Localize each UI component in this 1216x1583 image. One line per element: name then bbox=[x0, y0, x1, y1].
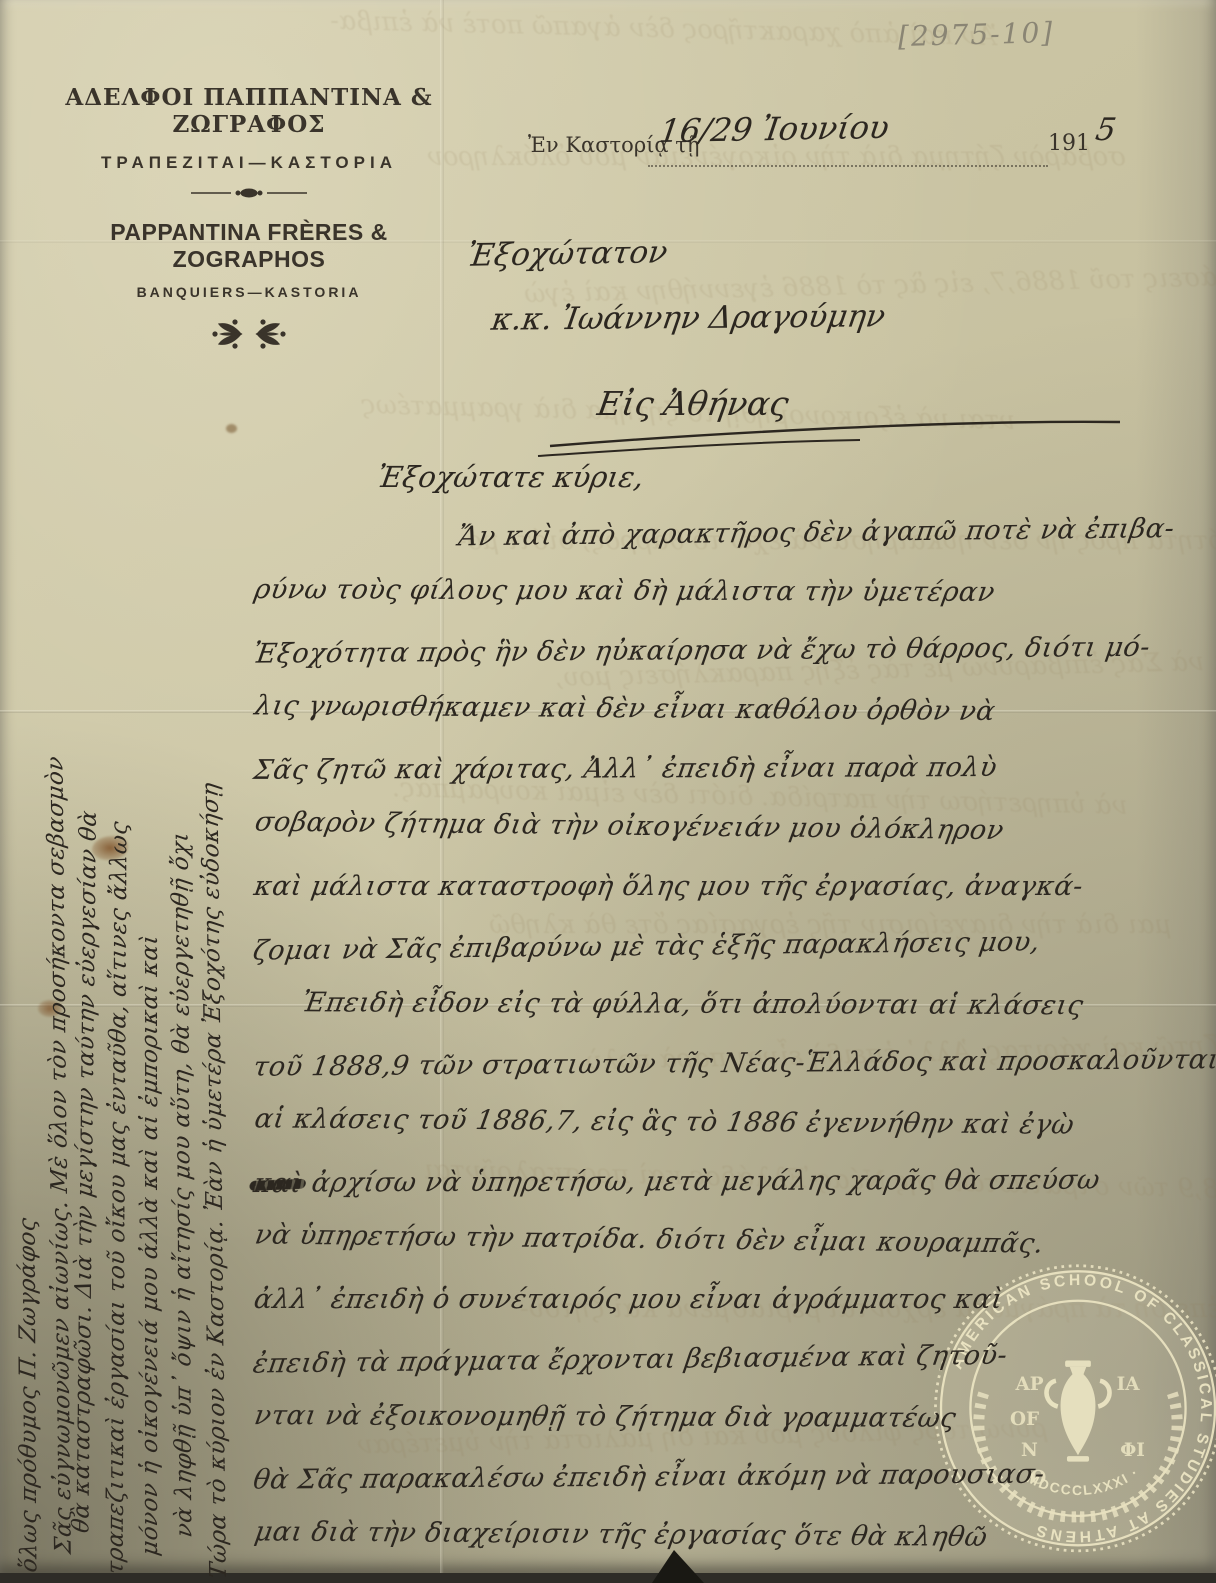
body-line: Ἐπειδὴ εἶδον εἰς τὰ φύλλα, ὅτι ἀπολύοντα… bbox=[295, 987, 1216, 1050]
letterhead-greek-subtitle: ΤΡΑΠΕΖΙΤΑΙ—ΚΑΣΤΟΡΙΑ bbox=[58, 153, 440, 173]
body-line: νται νὰ ἐξοικονομηθῇ τὸ ζήτημα διὰ γραμμ… bbox=[248, 1400, 1216, 1463]
letterhead-greek-name: ΑΔΕΛΦΟΙ ΠΑΠΠΑΝΤΙΝΑ & ΖΩΓΡΑΦΟΣ bbox=[58, 84, 440, 138]
ghost-line: Ἄν καὶ ἀπὸ χαρακτῆρος δὲν ἀγαπῶ ποτὲ νὰ … bbox=[330, 6, 997, 52]
marginalia: Τώρα τὸ κύριον ἐν Καστορίᾳ. Ἐὰν ἡ ὑμετέρ… bbox=[6, 266, 230, 1578]
body-line: λις γνωρισθήκαμεν καὶ δὲν εἶναι καθόλου … bbox=[248, 690, 1216, 756]
paper-tear-notch bbox=[652, 1550, 704, 1583]
underline-flourish bbox=[520, 398, 1140, 460]
salutation: Ἐξοχώτατε κύριε, bbox=[375, 460, 646, 494]
archive-number-pencil: [2975-10] bbox=[898, 16, 1055, 53]
body-lines: Ἄν καὶ ἀπὸ χαρακτῆρος δὲν ἀγαπῶ ποτὲ νὰ … bbox=[252, 517, 1212, 1579]
scanned-letter-page: Ἄν καὶ ἀπὸ χαρακτῆρος δὲν ἀγαπῶ ποτὲ νὰ … bbox=[0, 0, 1216, 1583]
body-line: θὰ Σᾶς παρακαλέσω ἐπειδὴ εἶναι ἀκόμη νὰ … bbox=[247, 1457, 1216, 1523]
body-line: Ἄν καὶ ἀπὸ χαρακτῆρος δὲν ἀγαπῶ ποτὲ νὰ … bbox=[452, 513, 1216, 581]
addressee-honorific: Ἐξοχώτατον bbox=[465, 234, 670, 273]
body-line: Ἐξοχότητα πρὸς ἣν δὲν ηὐκαίρησα νὰ ἔχω τ… bbox=[247, 631, 1216, 697]
body-line: Σᾶς ζητῶ καὶ χάριτας, Ἀλλ᾽ ἐπειδὴ εἶναι … bbox=[247, 751, 1216, 814]
dateline-handwritten-date: 16/29 Ἰουνίου bbox=[657, 108, 891, 150]
dateline-printed-year: 191 bbox=[1048, 131, 1090, 156]
body-line: καὶἀρχίσω νὰ ὑπηρετήσω, μετὰ μεγάλης χαρ… bbox=[247, 1164, 1216, 1227]
body-line: ρύνω τοὺς φίλους μου καὶ δὴ μάλιστα τὴν … bbox=[248, 574, 1216, 637]
margin-line: μόνον ἡ οἰκογένειά μου ἀλλὰ καὶ αἱ ἐμπορ… bbox=[137, 264, 168, 1558]
dateline-dotted-rule bbox=[648, 164, 1048, 167]
body-line: αἱ κλάσεις τοῦ 1886,7, εἰς ἃς τὸ 1886 ἐγ… bbox=[248, 1103, 1216, 1169]
body-line: τοῦ 1888,9 τῶν στρατιωτῶν τῆς Νέας-Ἑλλάδ… bbox=[247, 1044, 1216, 1110]
body-line: μαι διὰ τὴν διαχείρισιν τῆς ἐργασίας ὅτε… bbox=[248, 1516, 1216, 1582]
body-line: ἐπειδὴ τὰ πράγματα ἔρχονται βεβιασμένα κ… bbox=[247, 1337, 1216, 1407]
body-line: καὶ μάλιστα καταστροφὴ ὅλης μου τῆς ἐργα… bbox=[247, 871, 1216, 930]
body-line: ζομαι νὰ Σᾶς ἐπιβαρύνω μὲ τὰς ἑξῆς παρακ… bbox=[247, 924, 1216, 994]
body-line: σοβαρὸν ζήτημα διὰ τὴν οἰκογένειάν μου ὁ… bbox=[248, 806, 1216, 876]
body-line: ἀλλ᾽ ἐπειδὴ ὁ συνέταιρός μου εἶναι ἀγράμ… bbox=[247, 1284, 1216, 1343]
addressee-name: κ.κ. Ἰωάννην Δραγούμην bbox=[489, 298, 888, 337]
body-line: νὰ ὑπηρετήσω τὴν πατρίδα. διότι δὲν εἶμα… bbox=[248, 1219, 1216, 1289]
divider-ornament-icon bbox=[58, 185, 440, 204]
scribbled-out-word: καὶ bbox=[251, 1168, 304, 1199]
